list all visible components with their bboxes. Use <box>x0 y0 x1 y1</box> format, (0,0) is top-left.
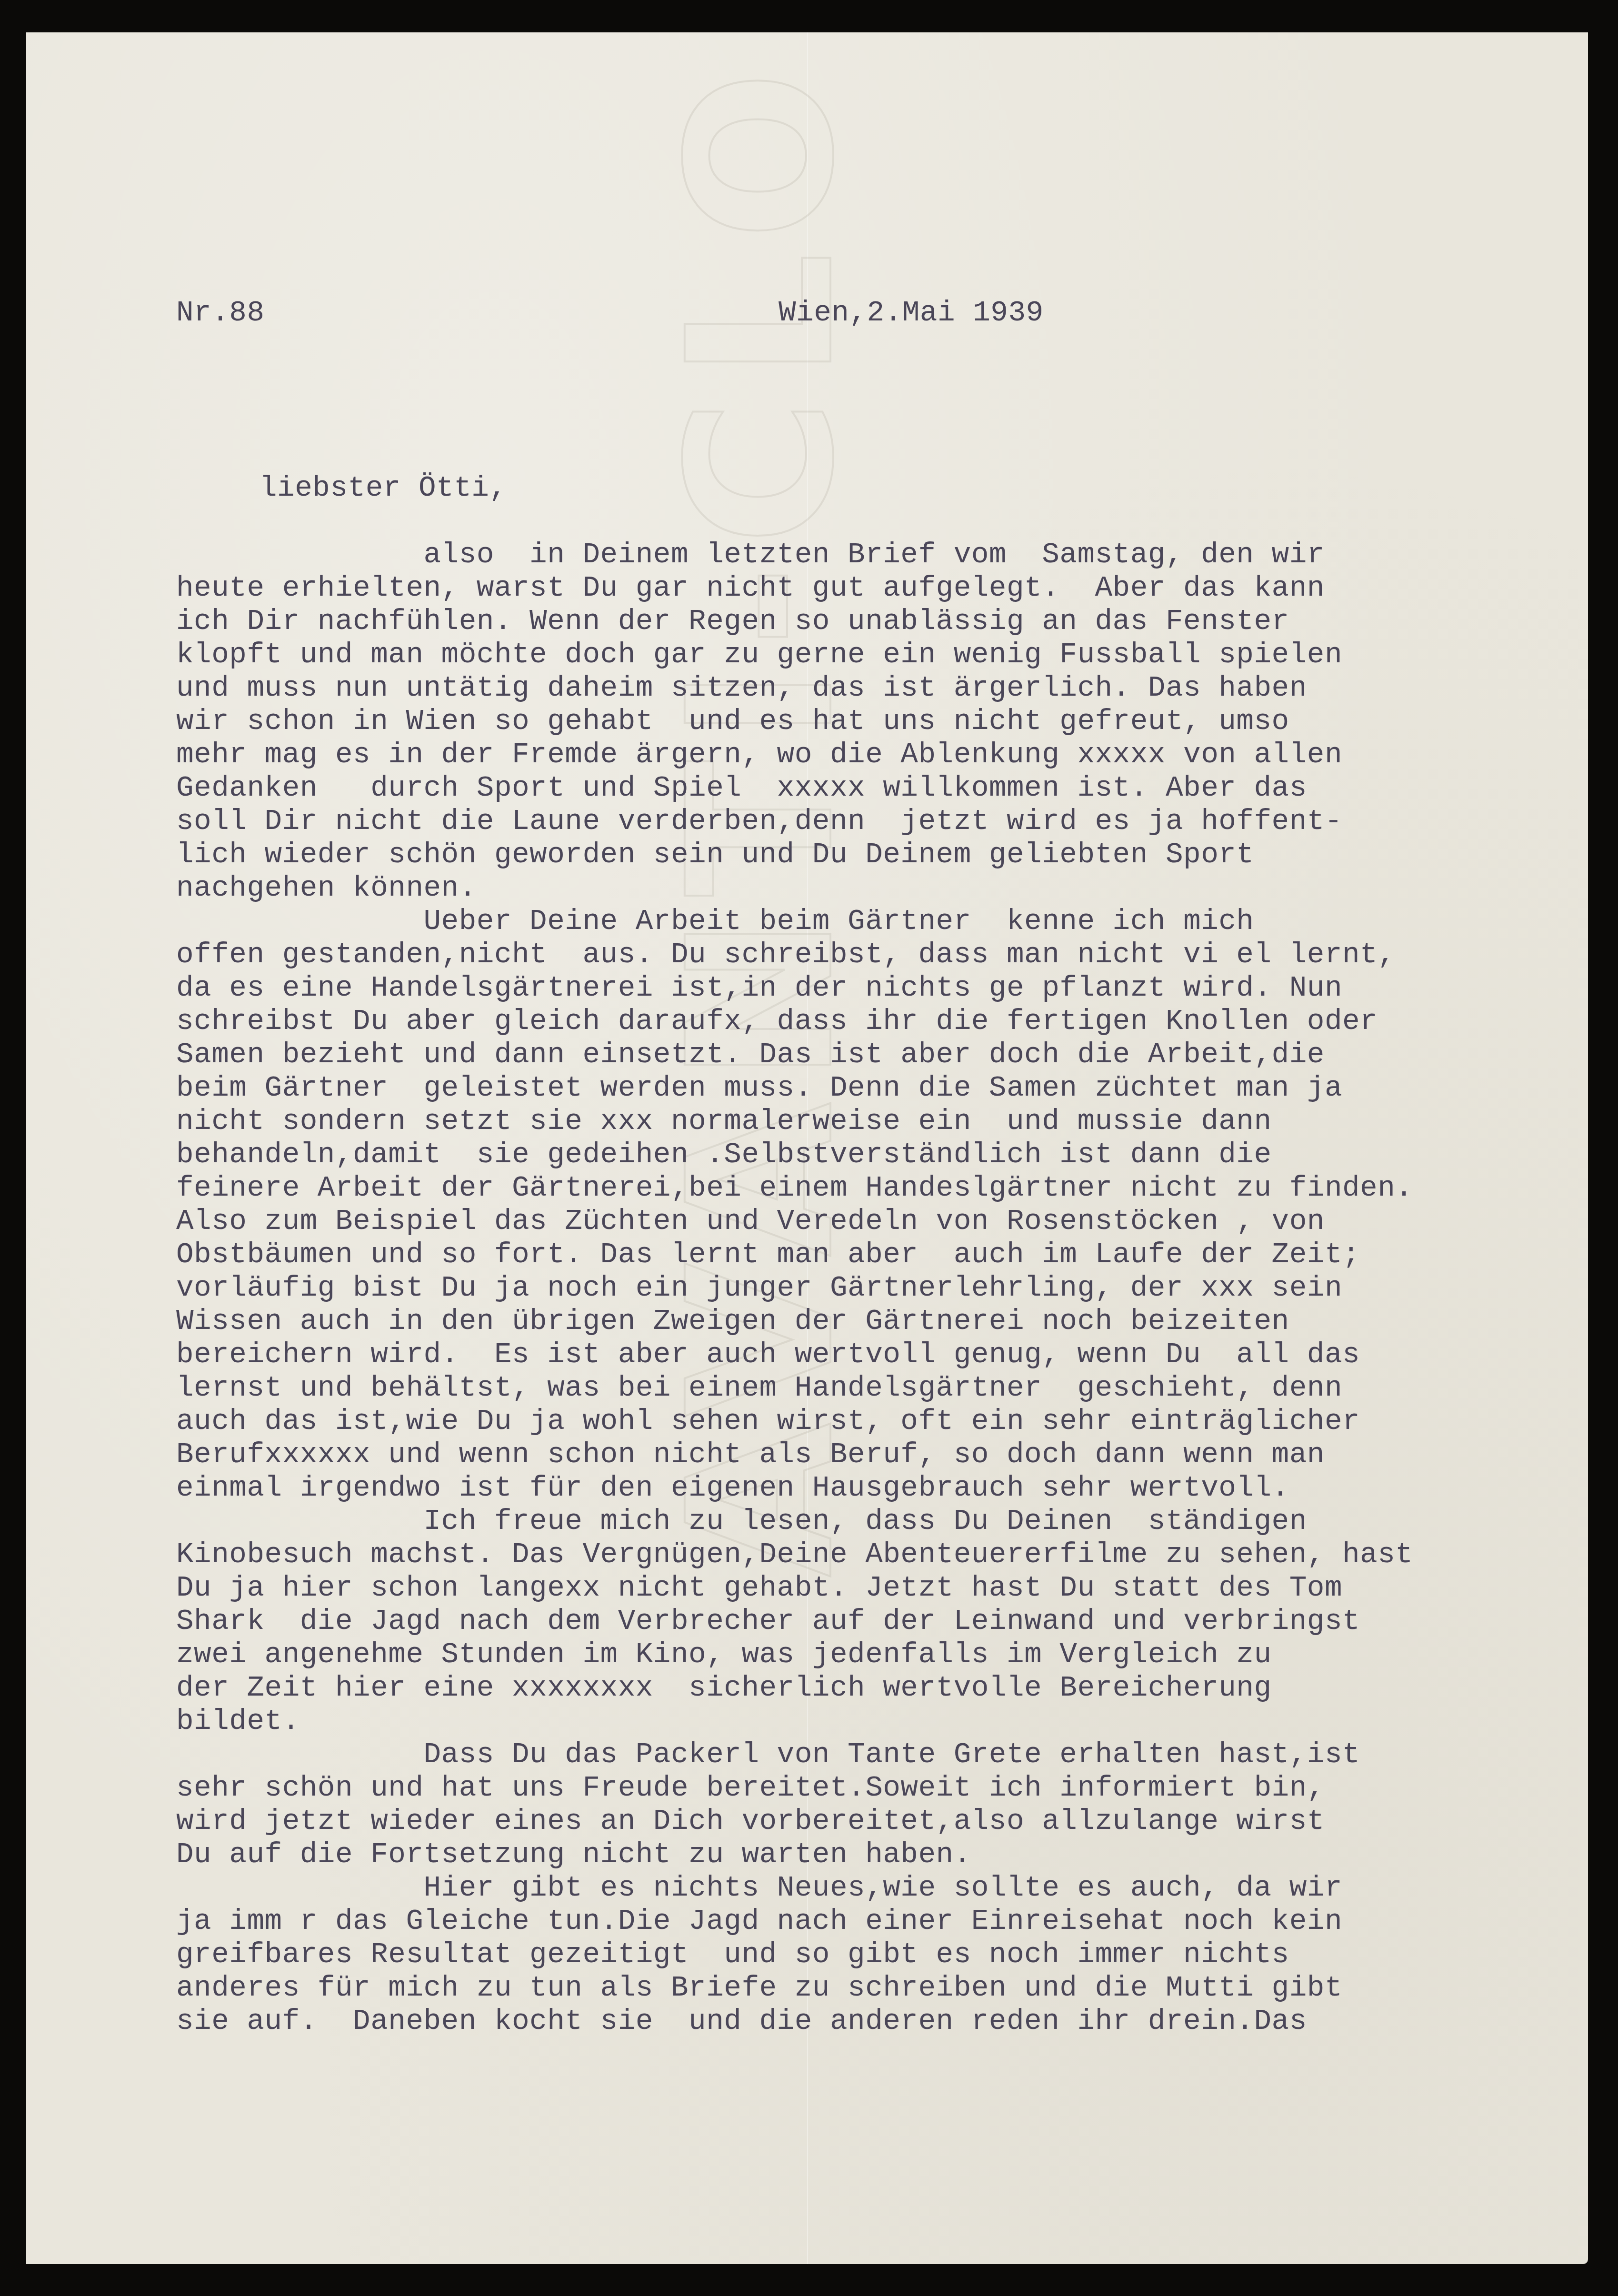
letter-line: sie auf. Daneben kocht sie und die ander… <box>176 2005 1413 2038</box>
letter-place-date: Wien,2.Mai 1939 <box>779 297 1044 330</box>
letter-line: sehr schön und hat uns Freude bereitet.S… <box>176 1772 1413 1805</box>
letter-line: da es eine Handelsgärtnerei ist,in der n… <box>176 972 1413 1005</box>
letter-line: greifbares Resultat gezeitigt und so gib… <box>176 1938 1413 1972</box>
letter-line: Shark die Jagd nach dem Verbrecher auf d… <box>176 1605 1413 1638</box>
letter-line: Ich freue mich zu lesen, dass Du Deinen … <box>176 1505 1413 1538</box>
letter-line: Samen bezieht und dann einsetzt. Das ist… <box>176 1038 1413 1072</box>
letter-line: bereichern wird. Es ist aber auch wertvo… <box>176 1338 1413 1372</box>
letter-line: anderes für mich zu tun als Briefe zu sc… <box>176 1972 1413 2005</box>
letter-line: Hier gibt es nichts Neues,wie sollte es … <box>176 1872 1413 1905</box>
letter-line: feinere Arbeit der Gärtnerei,bei einem H… <box>176 1172 1413 1205</box>
letter-line: der Zeit hier eine xxxxxxxx sicherlich w… <box>176 1672 1413 1705</box>
letter-line: behandeln,damit sie gedeihen .Selbstvers… <box>176 1138 1413 1172</box>
letter-line: mehr mag es in der Fremde ärgern, wo die… <box>176 739 1413 772</box>
letter-line: offen gestanden,nicht aus. Du schreibst,… <box>176 938 1413 972</box>
letter-line: Ueber Deine Arbeit beim Gärtner kenne ic… <box>176 905 1413 938</box>
letter-line: bildet. <box>176 1705 1413 1738</box>
letter-line: Wissen auch in den übrigen Zweigen der G… <box>176 1305 1413 1338</box>
letter-line: Berufxxxxxx und wenn schon nicht als Ber… <box>176 1438 1413 1472</box>
letter-line: soll Dir nicht die Laune verderben,denn … <box>176 805 1413 839</box>
letter-line: vorläufig bist Du ja noch ein junger Gär… <box>176 1272 1413 1305</box>
letter-line: wird jetzt wieder eines an Dich vorberei… <box>176 1805 1413 1838</box>
letter-line: nicht sondern setzt sie xxx normalerweis… <box>176 1105 1413 1138</box>
letter-line: lich wieder schön geworden sein und Du D… <box>176 839 1413 872</box>
letter-line: heute erhielten, warst Du gar nicht gut … <box>176 572 1413 605</box>
letter-line: wir schon in Wien so gehabt und es hat u… <box>176 705 1413 739</box>
letter-line: ja imm r das Gleiche tun.Die Jagd nach e… <box>176 1905 1413 1938</box>
letter-number: Nr.88 <box>176 297 265 330</box>
letter-line: zwei angenehme Stunden im Kino, was jede… <box>176 1638 1413 1672</box>
letter-line: beim Gärtner geleistet werden muss. Denn… <box>176 1072 1413 1105</box>
letter-line: lernst und behältst, was bei einem Hande… <box>176 1372 1413 1405</box>
letter-line: Kinobesuch machst. Das Vergnügen,Deine A… <box>176 1538 1413 1572</box>
letter-line: Du ja hier schon langexx nicht gehabt. J… <box>176 1572 1413 1605</box>
letter-line: ich Dir nachfühlen. Wenn der Regen so un… <box>176 605 1413 639</box>
letter-line: auch das ist,wie Du ja wohl sehen wirst,… <box>176 1405 1413 1438</box>
letter-line: und muss nun untätig daheim sitzen, das … <box>176 672 1413 705</box>
letter-line: also in Deinem letzten Brief vom Samstag… <box>176 539 1413 572</box>
letter-greeting: liebster Ötti, <box>260 472 507 505</box>
letter-line: Du auf die Fortsetzung nicht zu warten h… <box>176 1838 1413 1872</box>
letter-line: einmal irgendwo ist für den eigenen Haus… <box>176 1472 1413 1505</box>
letter-line: Obstbäumen und so fort. Das lernt man ab… <box>176 1238 1413 1272</box>
letter-body: also in Deinem letzten Brief vom Samstag… <box>176 539 1413 2038</box>
letter-line: schreibst Du aber gleich daraufx, dass i… <box>176 1005 1413 1038</box>
letter-line: Also zum Beispiel das Züchten und Verede… <box>176 1205 1413 1238</box>
letter-line: nachgehen können. <box>176 872 1413 905</box>
letter-page: AVANTI-CLO Nr.88 Wien,2.Mai 1939 liebste… <box>26 32 1588 2264</box>
letter-line: Dass Du das Packerl von Tante Grete erha… <box>176 1738 1413 1772</box>
letter-line: Gedanken durch Sport und Spiel xxxxx wil… <box>176 772 1413 805</box>
letter-line: klopft und man möchte doch gar zu gerne … <box>176 639 1413 672</box>
